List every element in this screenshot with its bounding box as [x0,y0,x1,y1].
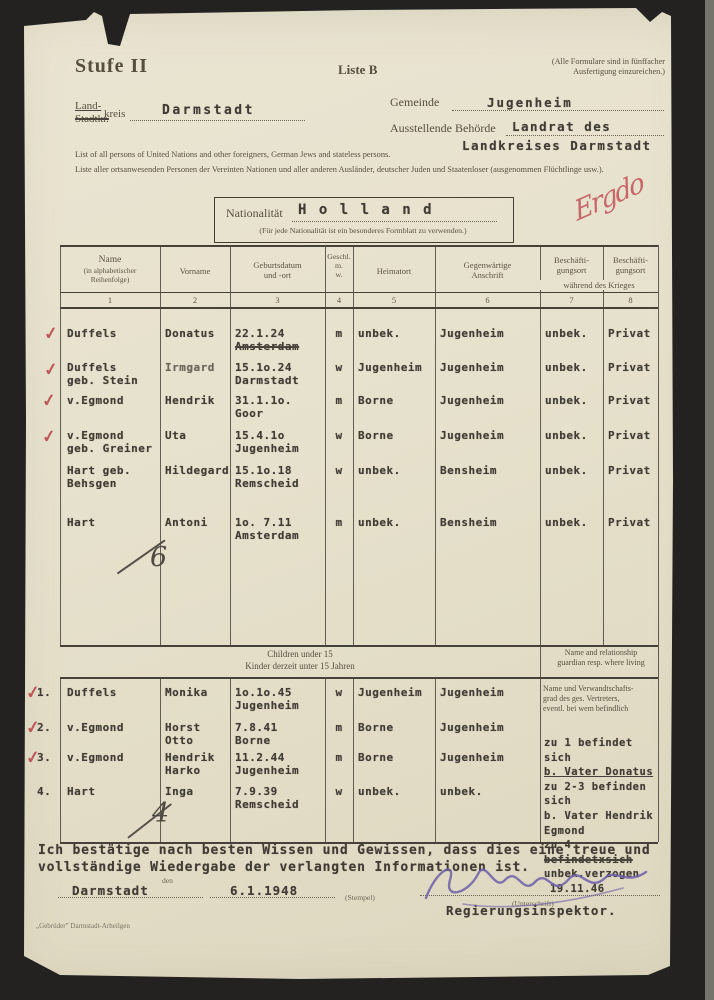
cell-geburt: 31.1.1o.Goor [230,394,325,420]
children-band-top [60,645,658,647]
cell-geschlecht: w [325,429,353,455]
col-number: 2 [160,295,230,305]
col-header-anschrift: Gegenwärtige Anschrift [435,260,540,280]
cell-beschaeftigungsort: unbek. [540,361,603,387]
cell-anschrift: Jugenheim [435,429,540,455]
guardian-header-en: Name and relationship guardian resp. whe… [544,648,658,668]
col-header-geschlecht: Geschl. m. w. [325,252,353,279]
cell-vorname: Irmgard [160,361,230,387]
col-header-geburtsdatum: Geburtsdatum und -ort [230,260,325,280]
list-description-german: Liste aller ortsanwesenden Personen der … [75,164,687,175]
copies-instruction-note: (Alle Formulare sind in fünffacher Ausfe… [470,57,665,76]
col-number: 1 [62,295,158,305]
cell-name: Hart geb. Behsgen [62,464,160,490]
cell-vorname: Donatus [160,327,230,353]
children-band-bottom [60,677,658,679]
cell-geschlecht: w [325,361,353,387]
cell-anschrift: Jugenheim [435,361,540,387]
col-number: 6 [435,295,540,305]
child-row-number: 3. [37,751,51,764]
cell-heimatort: unbek. [353,327,435,353]
cell-geschlecht: m [325,721,353,747]
children-row: v.Egmond Horst Otto 7.8.41Borne m Borne … [62,721,540,747]
cell-heimatort: Borne [353,429,435,455]
cell-beschaeftigungsort: unbek. [540,429,603,455]
note-line: zu 2-3 befinden sich [544,780,664,809]
cell-geburt: 15.1o.18Remscheid [230,464,325,490]
cell-heimatort: Jugenheim [353,361,435,387]
cell-vorname: Horst Otto [160,721,230,747]
cell-anschrift: unbek. [435,785,540,811]
col-number: 4 [325,295,353,305]
cell-beschaeftigungsort: unbek. [540,394,603,420]
cell-beschaeftigungsort-krieg: Privat [603,429,658,455]
cell-heimatort: unbek. [353,464,435,490]
cell-geburt: 7.8.41Borne [230,721,325,747]
cell-geburt: 1o.1o.45Jugenheim [230,686,325,712]
table-header-divider [60,292,658,293]
cell-geschlecht: w [325,464,353,490]
kreis-value: Darmstadt [162,103,255,118]
gemeinde-value: Jugenheim [487,95,573,110]
tally-count-children: 4 [152,798,169,829]
cell-name: Hart [62,785,160,811]
gemeinde-label: Gemeinde [390,95,439,110]
cell-name: Duffels [62,686,160,712]
children-row: v.Egmond Hendrik Harko 11.2.44Jugenheim … [62,751,540,777]
cell-geschlecht: m [325,394,353,420]
cell-geschlecht: w [325,785,353,811]
cell-heimatort: Borne [353,394,435,420]
cell-geburt: 11.2.44Jugenheim [230,751,325,777]
cell-heimatort: Borne [353,721,435,747]
cell-heimatort: unbek. [353,785,435,811]
cell-anschrift: Jugenheim [435,721,540,747]
cell-vorname: Inga [160,785,230,811]
cell-beschaeftigungsort: unbek. [540,516,603,542]
red-check-icon: ✓ [41,426,58,448]
cell-anschrift: Jugenheim [435,327,540,353]
table-row: Duffels geb. Stein Irmgard 15.1o.24Darms… [62,361,658,387]
children-vline [60,677,61,842]
table-vline [60,245,61,645]
kreis-fill-line [130,120,305,121]
cell-name: v.Egmond [62,751,160,777]
red-check-icon: ✓ [41,390,58,412]
gemeinde-fill-line [452,110,664,111]
form-list-title: Liste B [338,62,377,78]
table-row: Hart Antoni 1o. 7.11Amsterdam m unbek. B… [62,516,658,542]
cell-geschlecht: m [325,751,353,777]
children-band-en: Children under 15 [60,649,540,659]
col-header-heimatort: Heimatort [353,266,435,276]
cell-geschlecht: m [325,516,353,542]
table-row: Hart geb. Behsgen Hildegard 15.1o.18Rems… [62,464,658,490]
note-line: Egmond [544,824,664,839]
nationality-label: Nationalität [226,206,283,221]
red-check-icon: ✓ [43,323,60,345]
table-top-border [60,245,658,247]
cell-geschlecht: m [325,327,353,353]
col-header-beschaeftigungsort: Beschäfti- gungsort [540,255,603,275]
stempel-label: (Stempel) [345,893,375,902]
col-header-krieg-span: während des Krieges [540,280,658,290]
behoerde-fill-line [506,135,664,136]
cell-beschaeftigungsort-krieg: Privat [603,516,658,542]
children-row: Duffels Monika 1o.1o.45Jugenheim w Jugen… [62,686,540,712]
cell-beschaeftigungsort-krieg: Privat [603,394,658,420]
nationality-note: (Für jede Nationalität ist ein besondere… [220,226,506,235]
cell-vorname: Hildegard [160,464,230,490]
cell-name: v.Egmond [62,394,160,420]
children-band-de: Kinder derzeit unter 15 Jahren [60,661,540,671]
cell-anschrift: Jugenheim [435,394,540,420]
table-row: Duffels Donatus 22.1.24Amsterdam m unbek… [62,327,658,353]
child-row-number: 2. [37,721,51,734]
cell-name: v.Egmond [62,721,160,747]
child-row-number: 4. [37,785,51,798]
cell-beschaeftigungsort: unbek. [540,327,603,353]
col-header-name-sub: (in alphabetischer Reihenfolge) [62,267,158,284]
cell-anschrift: Bensheim [435,516,540,542]
nationality-value: H o l l a n d [298,202,434,218]
table-row: v.Egmond Hendrik 31.1.1o.Goor m Borne Ju… [62,394,658,420]
col-number: 5 [353,295,435,305]
col-header-vorname: Vorname [160,266,230,276]
cell-beschaeftigungsort-krieg: Privat [603,327,658,353]
cell-geburt: 15.1o.24Darmstadt [230,361,325,387]
col-header-beschaeftigungsort-krieg: Beschäfti- gungsort [603,255,658,275]
cell-vorname: Antoni [160,516,230,542]
tally-count-adults: 6 [150,542,167,573]
cell-vorname: Uta [160,429,230,455]
cell-geburt: 22.1.24Amsterdam [230,327,325,353]
cell-heimatort: Borne [353,751,435,777]
date-value: 6.1.1948 [230,883,298,898]
table-vline [658,245,659,645]
landkreis-label-top: Land- [75,100,101,112]
cell-beschaeftigungsort: unbek. [540,464,603,490]
printer-mark: „Gebrüder” Darmstadt-Arheilgen [36,922,130,930]
behoerde-value-line1: Landrat des [512,119,611,134]
red-pencil-annotation: Ergdo [572,167,646,228]
cell-name: Hart [62,516,160,542]
cell-beschaeftigungsort-krieg: Privat [603,361,658,387]
guardian-header-de: Name und Verwandtschafts- grad des ges. … [543,684,659,714]
cell-heimatort: unbek. [353,516,435,542]
red-check-icon: ✓ [43,359,60,381]
form-grade-title: Stufe II [75,55,148,78]
behoerde-label: Ausstellende Behörde [390,121,496,136]
cell-geburt: 15.4.1oJugenheim [230,429,325,455]
col-number: 7 [540,295,603,305]
scanner-edge-strip [705,0,714,1000]
cell-vorname: Hendrik [160,394,230,420]
table-row: v.Egmond geb. Greiner Uta 15.4.1oJugenhe… [62,429,658,455]
cell-name: Duffels [62,327,160,353]
note-line: b. Vater Hendrik [544,809,664,824]
cell-anschrift: Jugenheim [435,751,540,777]
children-row: Hart Inga 7.9.39Remscheid w unbek. unbek… [62,785,540,811]
note-line: zu 1 befindet sich [544,736,664,765]
cell-vorname: Monika [160,686,230,712]
cell-geschlecht: w [325,686,353,712]
cell-heimatort: Jugenheim [353,686,435,712]
col-number: 3 [230,295,325,305]
children-vline [540,645,541,842]
cell-geburt: 7.9.39Remscheid [230,785,325,811]
child-row-number: 1. [37,686,51,699]
cell-anschrift: Bensheim [435,464,540,490]
scanned-document: Stufe II Liste B (Alle Formulare sind in… [0,0,714,1000]
col-header-name: Name [62,255,158,265]
cell-anschrift: Jugenheim [435,686,540,712]
cell-vorname: Hendrik Harko [160,751,230,777]
cell-name: Duffels geb. Stein [62,361,160,387]
nationality-fill-line [292,221,497,222]
signature-scribble [408,852,658,910]
form-paper: Stufe II Liste B (Alle Formulare sind in… [0,0,714,1000]
note-line: b. Vater Donatus [544,765,664,780]
cell-name: v.Egmond geb. Greiner [62,429,160,455]
kreis-label: kreis [104,108,125,120]
list-description-english: List of all persons of United Nations an… [75,150,675,160]
cell-geburt: 1o. 7.11Amsterdam [230,516,325,542]
den-label: den [162,876,173,885]
table-number-row-divider [60,307,658,309]
cell-beschaeftigungsort-krieg: Privat [603,464,658,490]
col-number: 8 [603,295,658,305]
place-value: Darmstadt [72,883,149,898]
